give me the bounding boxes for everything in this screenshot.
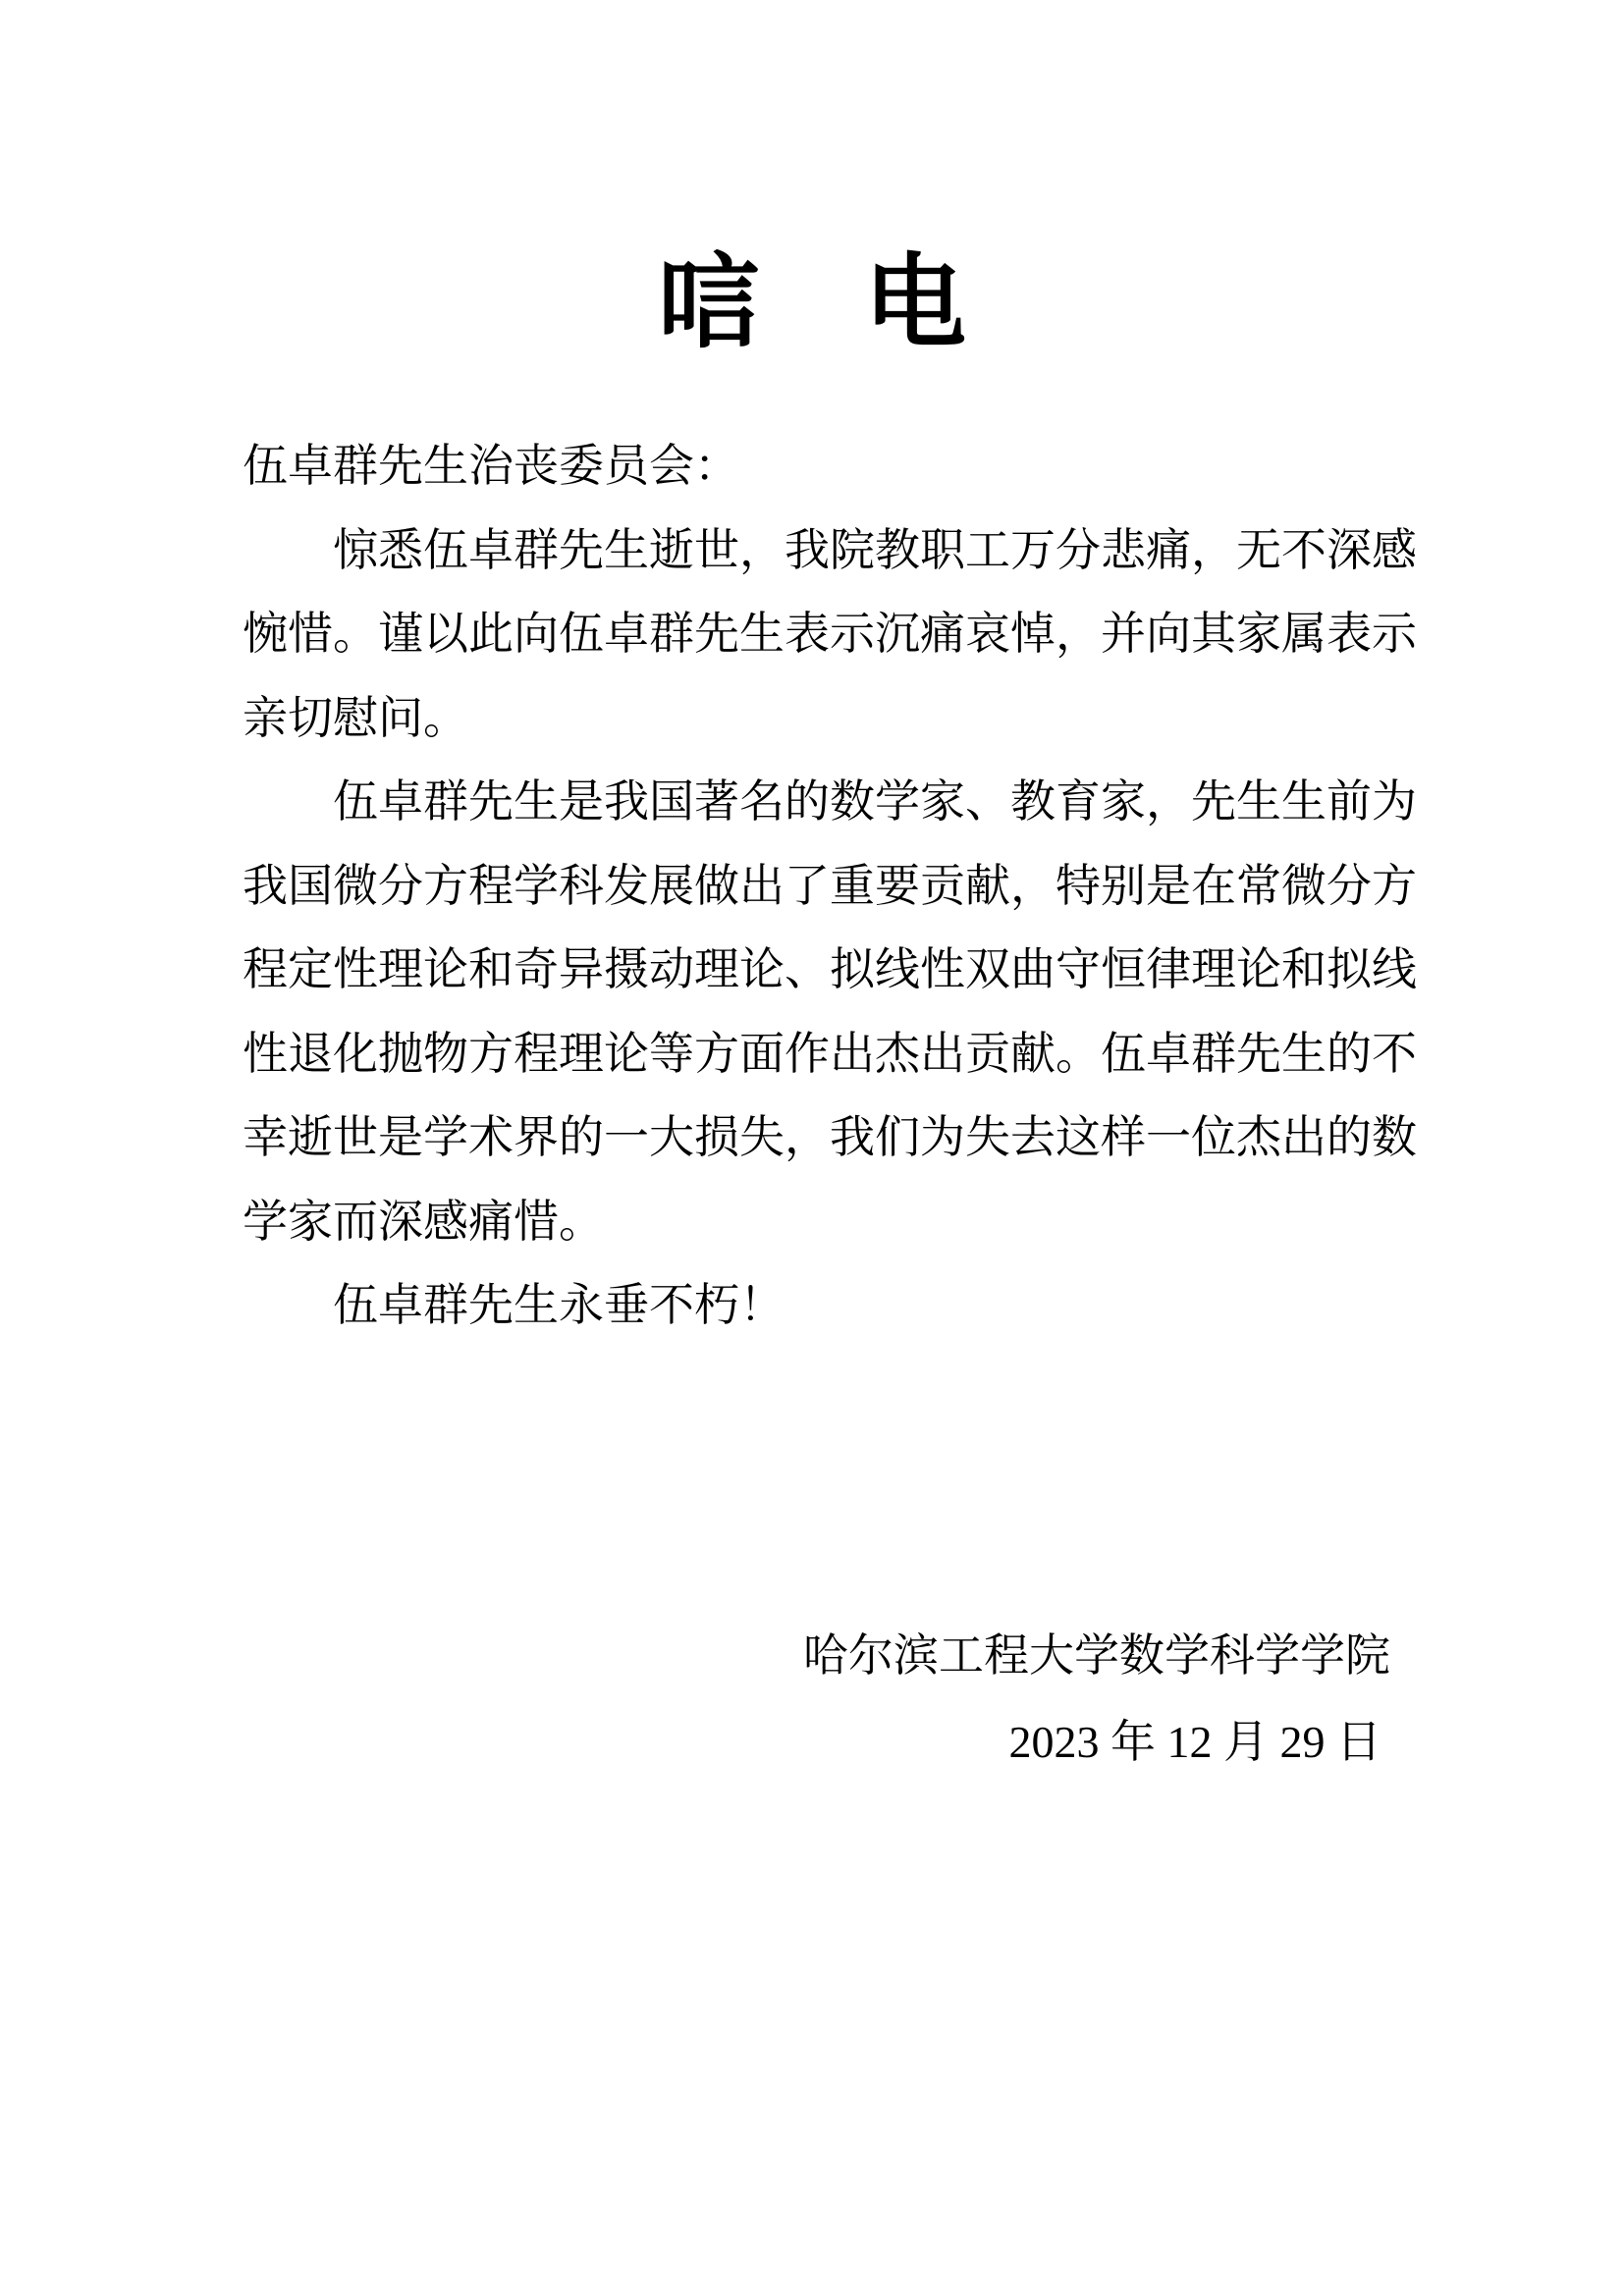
body-line: 亲切慰问。 xyxy=(243,676,1417,761)
signature: 哈尔滨工程大学数学科学学院 xyxy=(0,1613,1624,1699)
title-char-second: 电 xyxy=(864,245,966,363)
date: 2023 年 12 月 29 日 xyxy=(0,1699,1624,1786)
closing-block: 哈尔滨工程大学数学科学学院 2023 年 12 月 29 日 xyxy=(0,1613,1624,1786)
body-line: 性退化抛物方程理论等方面作出杰出贡献。伍卓群先生的不 xyxy=(243,1012,1417,1096)
body-line: 幸逝世是学术界的一大损失，我们为失去这样一位杰出的数 xyxy=(243,1095,1417,1180)
body-line: 伍卓群先生是我国著名的数学家、教育家，先生生前为 xyxy=(243,760,1417,844)
document-body: 伍卓群先生治丧委员会：惊悉伍卓群先生逝世，我院教职工万分悲痛，无不深感惋惜。谨以… xyxy=(0,424,1417,1348)
body-line: 学家而深感痛惜。 xyxy=(243,1180,1417,1264)
body-line: 程定性理论和奇异摄动理论、拟线性双曲守恒律理论和拟线 xyxy=(243,928,1417,1012)
body-line: 伍卓群先生治丧委员会： xyxy=(243,424,1417,508)
body-line: 伍卓群先生永垂不朽！ xyxy=(243,1263,1417,1348)
body-line: 惊悉伍卓群先生逝世，我院教职工万分悲痛，无不深感 xyxy=(243,508,1417,593)
document-title: 唁 电 xyxy=(0,245,1624,363)
body-line: 惋惜。谨以此向伍卓群先生表示沉痛哀悼，并向其家属表示 xyxy=(243,592,1417,676)
title-char-first: 唁 xyxy=(658,245,760,363)
document-page: 唁 电 伍卓群先生治丧委员会：惊悉伍卓群先生逝世，我院教职工万分悲痛，无不深感惋… xyxy=(0,0,1624,2296)
body-line: 我国微分方程学科发展做出了重要贡献，特别是在常微分方 xyxy=(243,844,1417,929)
